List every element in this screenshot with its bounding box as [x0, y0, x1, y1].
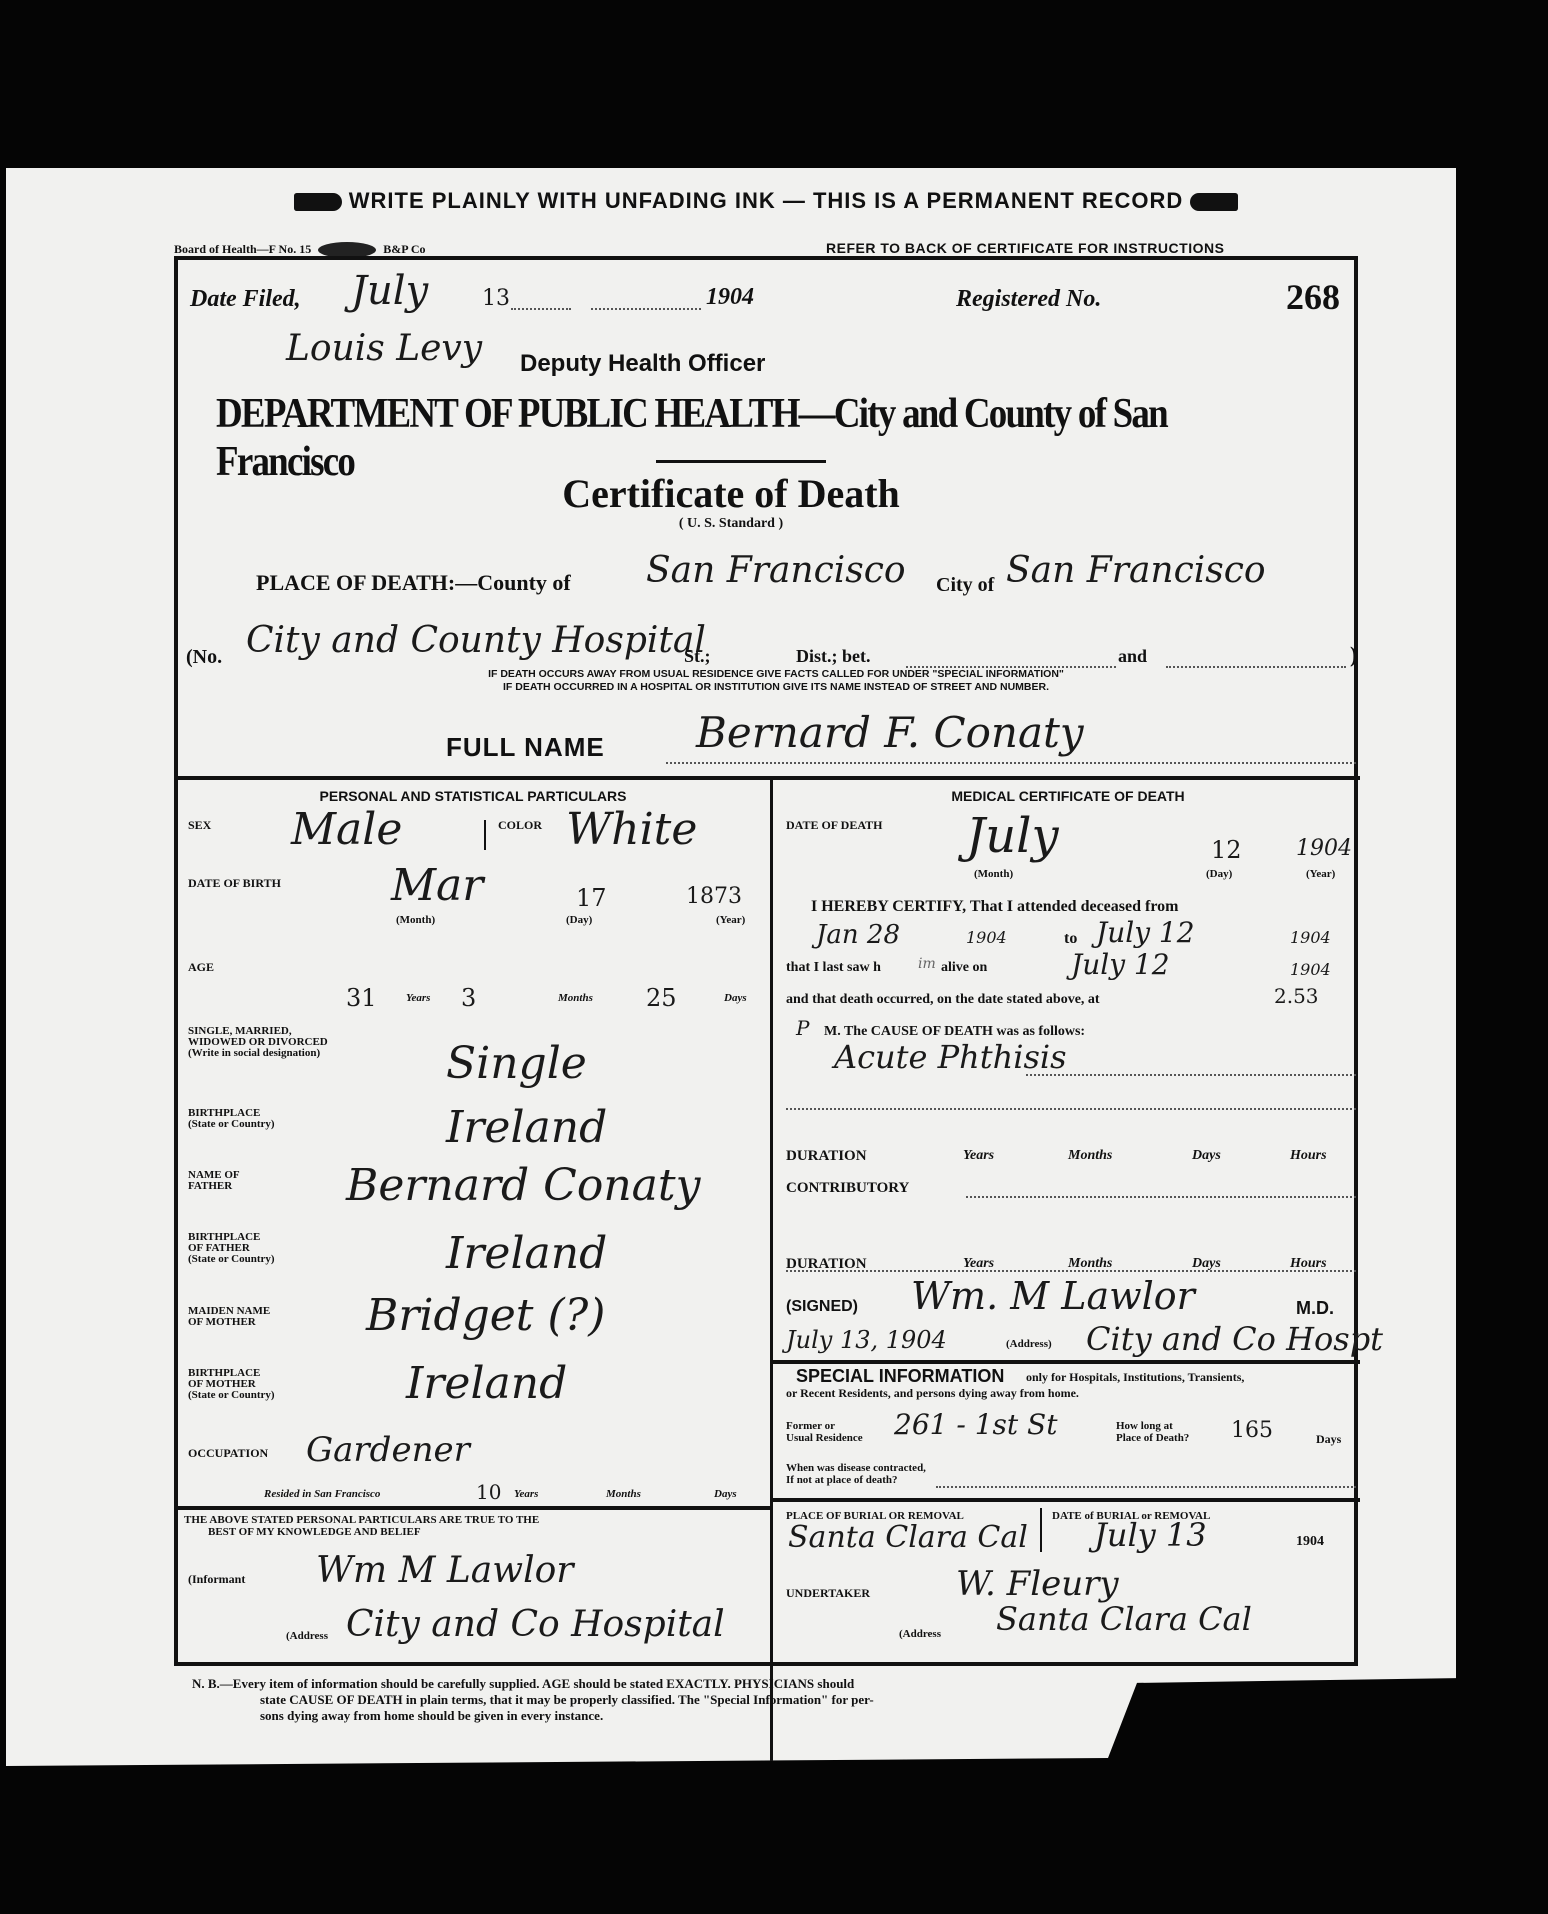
color-value: White [566, 804, 697, 855]
city-label: City of [936, 574, 994, 597]
pointing-hand-icon [1190, 193, 1238, 211]
undertaker-label: UNDERTAKER [786, 1586, 870, 1601]
father-birthplace-label: BIRTHPLACE OF FATHER (State or Country) [188, 1232, 275, 1265]
dob-month: Mar [391, 860, 483, 911]
undertaker-address-value: Santa Clara Cal [996, 1600, 1252, 1638]
dob-day: 17 [576, 884, 607, 912]
mother-value: Bridget (?) [366, 1290, 605, 1341]
pointing-hand-icon [294, 193, 342, 211]
contracted-label: When was disease contracted, If not at p… [786, 1462, 926, 1486]
burial-place-value: Santa Clara Cal [788, 1520, 1028, 1555]
informant-address-value: City and Co Hospital [346, 1604, 725, 1645]
filed-month: July [351, 268, 428, 314]
occupation-value: Gardener [306, 1430, 470, 1470]
last-saw-year: 1904 [1290, 960, 1331, 979]
dob-label: DATE OF BIRTH [188, 876, 281, 891]
informant-value: Wm M Lawlor [316, 1550, 573, 1591]
physician-signature: Wm. M Lawlor [911, 1274, 1195, 1318]
dod-label: DATE OF DEATH [786, 818, 882, 833]
duration-label: DURATION [786, 1148, 867, 1165]
md-label: M.D. [1296, 1298, 1334, 1319]
institution-value: City and County Hospital [246, 620, 706, 661]
age-label: AGE [188, 960, 214, 975]
dob-year: 1873 [686, 884, 742, 909]
signed-date: July 13, 1904 [786, 1326, 947, 1354]
informant-address-label: (Address [286, 1630, 328, 1642]
banner: WRITE PLAINLY WITH UNFADING INK — THIS I… [196, 188, 1336, 214]
banner-text: WRITE PLAINLY WITH UNFADING INK — THIS I… [349, 188, 1184, 213]
dod-month: July [966, 808, 1059, 864]
marital-value: Single [446, 1038, 587, 1089]
contributory-label: CONTRIBUTORY [786, 1180, 909, 1197]
city-value: San Francisco [1006, 550, 1266, 591]
duration2-label: DURATION [786, 1256, 867, 1273]
attended-to-date: July 12 [1096, 916, 1195, 949]
sex-value: Male [291, 804, 402, 855]
last-saw-date: July 12 [1071, 948, 1170, 981]
father-label: NAME OF FATHER [188, 1170, 240, 1192]
dod-day: 12 [1211, 836, 1242, 864]
st-label: St.; [684, 646, 711, 667]
attended-to-year: 1904 [1290, 928, 1331, 947]
cause-of-death: Acute Phthisis [834, 1038, 1067, 1076]
and-label: and [1118, 646, 1147, 667]
marital-label: SINGLE, MARRIED, WIDOWED OR DIVORCED (Wr… [188, 1026, 328, 1059]
informant-statement: THE ABOVE STATED PERSONAL PARTICULARS AR… [184, 1514, 539, 1538]
footer-note: N. B.—Every item of information should b… [192, 1676, 874, 1724]
undertaker-value: W. Fleury [956, 1564, 1119, 1604]
father-birthplace-value: Ireland [446, 1228, 607, 1279]
certify-text: I HEREBY CERTIFY, That I attended deceas… [811, 898, 1178, 916]
age-months: 3 [461, 984, 476, 1012]
dist-label: Dist.; bet. [796, 646, 871, 667]
mother-label: MAIDEN NAME OF MOTHER [188, 1306, 270, 1328]
full-name-label: FULL NAME [446, 732, 605, 763]
officer-title: Deputy Health Officer [520, 350, 765, 378]
dod-year: 1904 [1296, 836, 1352, 861]
undertaker-address-label: (Address [899, 1628, 941, 1640]
mother-birthplace-value: Ireland [406, 1358, 567, 1409]
death-ampm: P [796, 1016, 809, 1040]
resided-years: 10 [476, 1480, 501, 1504]
signed-label: (SIGNED) [786, 1298, 858, 1316]
street-no-label: (No. [186, 646, 222, 669]
filed-day: 13 [482, 286, 510, 311]
instructions-note: REFER TO BACK OF CERTIFICATE FOR INSTRUC… [826, 240, 1224, 256]
how-long-value: 165 [1231, 1418, 1273, 1443]
registered-number: 268 [1286, 276, 1340, 318]
how-long-label: How long at Place of Death? [1116, 1420, 1189, 1444]
age-days: 25 [646, 984, 677, 1012]
color-label: COLOR [498, 818, 542, 833]
officer-signature: Louis Levy [286, 328, 482, 369]
burial-year-value: 1904 [1296, 1534, 1324, 1550]
medical-heading: MEDICAL CERTIFICATE OF DEATH [773, 788, 1363, 804]
certificate-paper: WRITE PLAINLY WITH UNFADING INK — THIS I… [6, 168, 1456, 1766]
filed-year: 1904 [706, 284, 754, 311]
attended-from-year: 1904 [966, 928, 1007, 947]
special-heading: SPECIAL INFORMATION [796, 1366, 1004, 1387]
residence-value: 261 - 1st St [894, 1408, 1057, 1441]
full-name-value: Bernard F. Conaty [696, 708, 1084, 757]
burial-date-value: July 13 [1094, 1516, 1207, 1554]
certificate-title: Certificate of Death [6, 470, 1456, 517]
informant-label: (Informant [188, 1572, 245, 1587]
standard-subtitle: ( U. S. Standard ) [6, 516, 1456, 532]
father-value: Bernard Conaty [346, 1160, 700, 1211]
attended-from-date: Jan 28 [816, 920, 900, 950]
mother-birthplace-label: BIRTHPLACE OF MOTHER (State or Country) [188, 1368, 275, 1401]
occupation-label: OCCUPATION [188, 1446, 268, 1461]
date-filed-label: Date Filed, [190, 286, 301, 313]
resided-label: Resided in San Francisco [264, 1488, 380, 1500]
death-time: 2.53 [1274, 984, 1319, 1008]
age-years: 31 [346, 984, 377, 1012]
birthplace-label: BIRTHPLACE (State or Country) [188, 1108, 275, 1130]
place-note: IF DEATH OCCURS AWAY FROM USUAL RESIDENC… [326, 668, 1226, 694]
place-of-death-label: PLACE OF DEATH:—County of [256, 570, 571, 596]
physician-address: City and Co Hospt [1086, 1320, 1383, 1358]
personal-heading: PERSONAL AND STATISTICAL PARTICULARS [176, 788, 770, 804]
county-value: San Francisco [646, 550, 906, 591]
birthplace-value: Ireland [446, 1102, 607, 1153]
residence-label: Former or Usual Residence [786, 1420, 863, 1444]
registered-label: Registered No. [956, 286, 1101, 313]
sex-label: SEX [188, 818, 211, 833]
